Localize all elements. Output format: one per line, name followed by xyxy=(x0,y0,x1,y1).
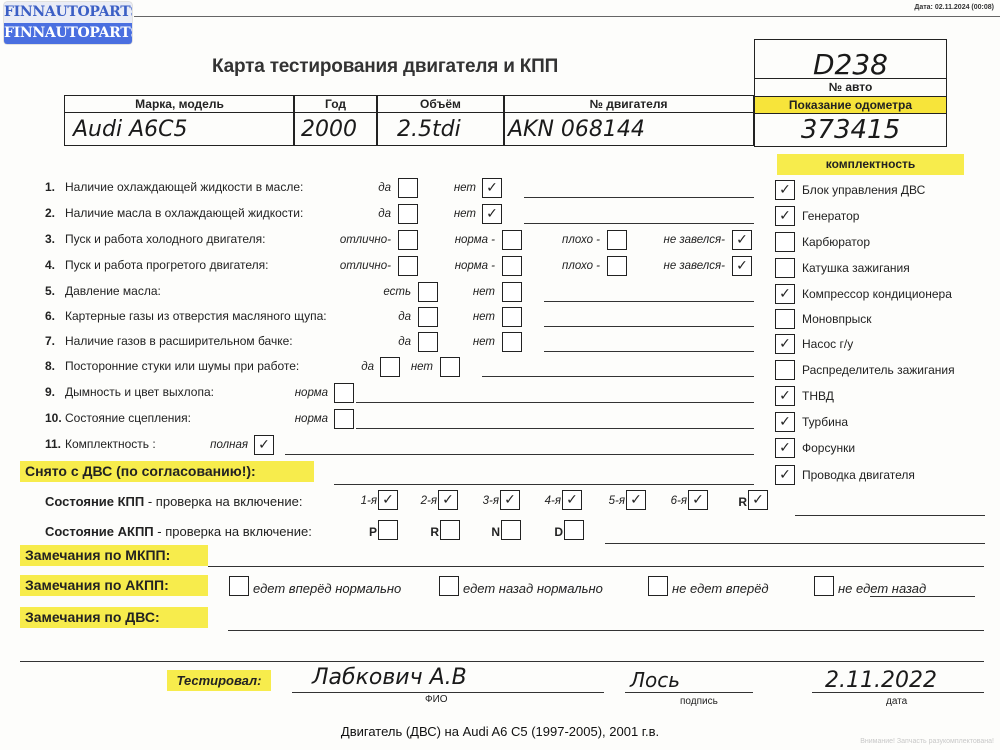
checklist-question: 11.Комплектность : xyxy=(45,437,156,451)
completeness-item-label: Турбина xyxy=(802,415,848,429)
gear-label: R xyxy=(738,495,747,509)
auto-remark-label: не едет вперёд xyxy=(672,581,769,596)
option-label: норма xyxy=(295,413,328,425)
option-label: нет xyxy=(411,361,433,373)
vehicle-table: Марка, модель Год Объём № двигателя Audi… xyxy=(64,95,754,146)
question-number: 10. xyxy=(45,411,65,425)
col-header-engine-number: № двигателя xyxy=(504,96,753,113)
engine-remarks-label: Замечания по ДВС: xyxy=(20,607,208,628)
col-header-volume: Объём xyxy=(377,96,504,113)
name-caption: ФИО xyxy=(425,694,448,705)
completeness-item-label: Генератор xyxy=(802,209,859,223)
completeness-item-label: Распределитель зажигания xyxy=(802,363,955,377)
question-label: Комплектность : xyxy=(65,437,156,451)
auto-remarks-label: Замечания по АКПП: xyxy=(20,575,208,596)
option-label: полная xyxy=(210,439,248,451)
option-label: нет xyxy=(473,286,495,298)
question-number: 2. xyxy=(45,206,65,220)
notes-line[interactable] xyxy=(544,326,754,327)
option-checkbox[interactable] xyxy=(398,230,418,250)
print-date: Дата: 02.11.2024 (00:08) xyxy=(914,4,994,11)
question-number: 5. xyxy=(45,284,65,298)
option-checkbox[interactable] xyxy=(502,307,522,327)
option-checkbox[interactable]: ✓ xyxy=(732,230,752,250)
odometer-value[interactable]: 373415 xyxy=(755,114,946,146)
gear-checkbox[interactable] xyxy=(440,520,460,540)
question-label: Пуск и работа прогретого двигателя: xyxy=(65,258,269,272)
option-checkbox[interactable] xyxy=(398,178,418,198)
completeness-item-label: Компрессор кондиционера xyxy=(802,287,952,301)
completeness-checkbox[interactable] xyxy=(775,309,795,329)
gear-label: 4-я xyxy=(545,495,561,507)
gear-label: 3-я xyxy=(483,495,499,507)
option-label: да xyxy=(398,336,411,348)
auto-remark-label: не едет назад xyxy=(838,581,926,596)
completeness-item-label: Форсунки xyxy=(802,441,855,455)
option-label: да xyxy=(378,182,391,194)
auto-remark-label: едет назад нормально xyxy=(463,581,603,596)
auto-remarks-strike xyxy=(870,596,975,597)
notes-line[interactable] xyxy=(482,376,754,377)
question-number: 7. xyxy=(45,334,65,348)
option-checkbox[interactable] xyxy=(398,256,418,276)
manual-remarks-line[interactable] xyxy=(208,566,984,567)
gear-checkbox[interactable]: ✓ xyxy=(500,490,520,510)
volume-value[interactable]: 2.5tdi xyxy=(397,114,497,145)
option-label: да xyxy=(361,361,374,373)
option-checkbox[interactable]: ✓ xyxy=(482,178,502,198)
completeness-item-label: Насос г/у xyxy=(802,337,853,351)
watermark: Внимание! Запчасть разукомплектована! xyxy=(860,738,994,745)
gear-checkbox[interactable]: ✓ xyxy=(438,490,458,510)
checklist-question: 6.Картерные газы из отверстия масляного … xyxy=(45,309,327,323)
question-label: Посторонние стуки или шумы при работе: xyxy=(65,359,299,373)
option-label: не завелся- xyxy=(663,234,725,246)
completeness-checkbox[interactable]: ✓ xyxy=(775,284,795,304)
question-number: 4. xyxy=(45,258,65,272)
car-info-box: D238 № авто Показание одометра 373415 xyxy=(754,39,947,147)
question-label: Картерные газы из отверстия масляного щу… xyxy=(65,309,327,323)
gear-checkbox[interactable]: ✓ xyxy=(626,490,646,510)
option-checkbox[interactable] xyxy=(418,282,438,302)
name-line xyxy=(292,692,604,693)
removed-notes-line[interactable] xyxy=(334,484,754,485)
notes-line[interactable] xyxy=(524,197,754,198)
completeness-header: комплектность xyxy=(777,154,964,175)
col-header-year: Год xyxy=(294,96,377,113)
option-label: нет xyxy=(454,182,476,194)
logo-bottom: FINNAUTOPARTS xyxy=(4,23,132,44)
gear-label: P xyxy=(369,525,377,539)
completeness-item-label: Моновпрыск xyxy=(802,312,872,326)
auto-remark-checkbox[interactable] xyxy=(648,576,668,596)
option-checkbox[interactable]: ✓ xyxy=(482,204,502,224)
checklist-question: 4.Пуск и работа прогретого двигателя: xyxy=(45,258,269,272)
checklist-question: 7.Наличие газов в расширительном бачке: xyxy=(45,334,293,348)
completeness-item-label: Проводка двигателя xyxy=(802,468,915,482)
engine-remarks-line[interactable] xyxy=(228,630,984,631)
completeness-checkbox[interactable]: ✓ xyxy=(775,412,795,432)
gear-checkbox[interactable] xyxy=(501,520,521,540)
logo-top: FINNAUTOPARTS xyxy=(4,2,132,23)
footer-caption: Двигатель (ДВС) на Audi A6 C5 (1997-2005… xyxy=(0,724,1000,739)
completeness-checkbox[interactable]: ✓ xyxy=(775,180,795,200)
completeness-checkbox[interactable]: ✓ xyxy=(775,386,795,406)
header-divider xyxy=(134,16,1000,17)
question-label: Состояние сцепления: xyxy=(65,411,191,425)
question-label: Давление масла: xyxy=(65,284,161,298)
completeness-checkbox[interactable] xyxy=(775,232,795,252)
question-number: 11. xyxy=(45,437,65,451)
gear-checkbox[interactable]: ✓ xyxy=(562,490,582,510)
option-label: плохо - xyxy=(562,260,600,272)
gear-checkbox[interactable]: ✓ xyxy=(688,490,708,510)
option-checkbox[interactable] xyxy=(502,282,522,302)
checklist-question: 5.Давление масла: xyxy=(45,284,161,298)
option-label: нет xyxy=(454,208,476,220)
option-label: есть xyxy=(383,286,411,298)
checklist-question: 10.Состояние сцепления: xyxy=(45,411,191,425)
option-checkbox[interactable]: ✓ xyxy=(254,435,274,455)
option-checkbox[interactable] xyxy=(334,409,354,429)
checklist-question: 2.Наличие масла в охлаждающей жидкости: xyxy=(45,206,303,220)
model-value[interactable]: Audi A6C5 xyxy=(73,114,288,145)
option-checkbox[interactable] xyxy=(607,230,627,250)
gear-checkbox[interactable]: ✓ xyxy=(748,490,768,510)
gear-label: 5-я xyxy=(609,495,625,507)
option-label: нет xyxy=(473,336,495,348)
auto-remark-checkbox[interactable] xyxy=(814,576,834,596)
gear-checkbox[interactable]: ✓ xyxy=(378,490,398,510)
completeness-item-label: Карбюратор xyxy=(802,235,870,249)
option-checkbox[interactable]: ✓ xyxy=(732,256,752,276)
option-label: отлично- xyxy=(340,234,391,246)
engine-number-value[interactable]: AKN 068144 xyxy=(508,114,748,145)
option-checkbox[interactable] xyxy=(380,357,400,377)
manual-notes-line[interactable] xyxy=(795,515,985,516)
year-value[interactable]: 2000 xyxy=(301,114,373,145)
signature-line xyxy=(625,692,753,693)
engine-remarks-line-2[interactable] xyxy=(20,661,984,662)
completeness-checkbox[interactable]: ✓ xyxy=(775,206,795,226)
auto-remark-checkbox[interactable] xyxy=(439,576,459,596)
question-label: Наличие охлаждающей жидкости в масле: xyxy=(65,180,303,194)
completeness-checkbox[interactable] xyxy=(775,258,795,278)
auto-remark-checkbox[interactable] xyxy=(229,576,249,596)
checklist-question: 9.Дымность и цвет выхлопа: xyxy=(45,385,214,399)
manual-remarks-label: Замечания по МКПП: xyxy=(20,545,208,566)
question-label: Наличие масла в охлаждающей жидкости: xyxy=(65,206,303,220)
gear-checkbox[interactable] xyxy=(378,520,398,540)
car-number-value[interactable]: D238 xyxy=(755,48,946,81)
gear-label: 6-я xyxy=(671,495,687,507)
question-number: 8. xyxy=(45,359,65,373)
option-label: отлично- xyxy=(340,260,391,272)
odometer-label: Показание одометра xyxy=(755,97,946,114)
question-label: Наличие газов в расширительном бачке: xyxy=(65,334,293,348)
page-title: Карта тестирования двигателя и КПП xyxy=(212,56,558,78)
question-label: Дымность и цвет выхлопа: xyxy=(65,385,214,399)
option-checkbox[interactable] xyxy=(418,332,438,352)
option-label: да xyxy=(378,208,391,220)
option-label: плохо - xyxy=(562,234,600,246)
completeness-checkbox[interactable]: ✓ xyxy=(775,334,795,354)
completeness-checkbox[interactable] xyxy=(775,360,795,380)
option-label: не завелся- xyxy=(663,260,725,272)
notes-line[interactable] xyxy=(356,428,754,429)
question-number: 1. xyxy=(45,180,65,194)
completeness-item-label: Блок управления ДВС xyxy=(802,183,925,197)
completeness-checkbox[interactable]: ✓ xyxy=(775,438,795,458)
option-label: норма xyxy=(295,387,328,399)
option-checkbox[interactable] xyxy=(440,357,460,377)
gear-label: 1-я xyxy=(361,495,377,507)
logo: FINNAUTOPARTS FINNAUTOPARTS xyxy=(4,2,132,44)
option-label: да xyxy=(398,311,411,323)
option-checkbox[interactable] xyxy=(502,230,522,250)
option-label: норма - xyxy=(455,234,495,246)
option-label: нет xyxy=(473,311,495,323)
manual-gearbox-label: Состояние КПП - проверка на включение: xyxy=(45,494,302,509)
notes-line[interactable] xyxy=(356,402,754,403)
completeness-item-label: ТНВД xyxy=(802,389,834,403)
checklist-question: 3.Пуск и работа холодного двигателя: xyxy=(45,232,265,246)
option-checkbox[interactable] xyxy=(502,332,522,352)
car-number-label: № авто xyxy=(755,78,946,97)
date-line xyxy=(812,692,984,693)
gear-checkbox[interactable] xyxy=(564,520,584,540)
removed-section-title: Снято с ДВС (по согласованию!): xyxy=(20,461,314,482)
date-caption: дата xyxy=(886,696,907,707)
option-checkbox[interactable] xyxy=(398,204,418,224)
completeness-checkbox[interactable]: ✓ xyxy=(775,465,795,485)
option-checkbox[interactable] xyxy=(607,256,627,276)
notes-line[interactable] xyxy=(544,301,754,302)
option-checkbox[interactable] xyxy=(502,256,522,276)
question-number: 6. xyxy=(45,309,65,323)
tested-by-label: Тестировал: xyxy=(167,670,271,691)
notes-line[interactable] xyxy=(285,454,754,455)
completeness-item-label: Катушка зажигания xyxy=(802,261,910,275)
option-checkbox[interactable] xyxy=(334,383,354,403)
auto-notes-line[interactable] xyxy=(605,543,985,544)
auto-remark-label: едет вперёд нормально xyxy=(253,581,401,596)
notes-line[interactable] xyxy=(544,351,754,352)
question-label: Пуск и работа холодного двигателя: xyxy=(65,232,265,246)
question-number: 3. xyxy=(45,232,65,246)
gear-label: N xyxy=(491,525,500,539)
auto-gearbox-label: Состояние АКПП - проверка на включение: xyxy=(45,524,312,539)
col-header-model: Марка, модель xyxy=(65,96,294,113)
gear-label: R xyxy=(430,525,439,539)
signature-caption: подпись xyxy=(680,696,718,707)
notes-line[interactable] xyxy=(524,223,754,224)
tester-name[interactable]: Лабкович А.В xyxy=(312,665,467,690)
gear-label: D xyxy=(554,525,563,539)
question-number: 9. xyxy=(45,385,65,399)
gear-label: 2-я xyxy=(421,495,437,507)
checklist-question: 1.Наличие охлаждающей жидкости в масле: xyxy=(45,180,303,194)
checklist-question: 8.Посторонние стуки или шумы при работе: xyxy=(45,359,299,373)
option-checkbox[interactable] xyxy=(418,307,438,327)
test-date[interactable]: 2.11.2022 xyxy=(825,668,937,693)
tester-signature[interactable]: Лось xyxy=(630,668,680,692)
option-label: норма - xyxy=(455,260,495,272)
